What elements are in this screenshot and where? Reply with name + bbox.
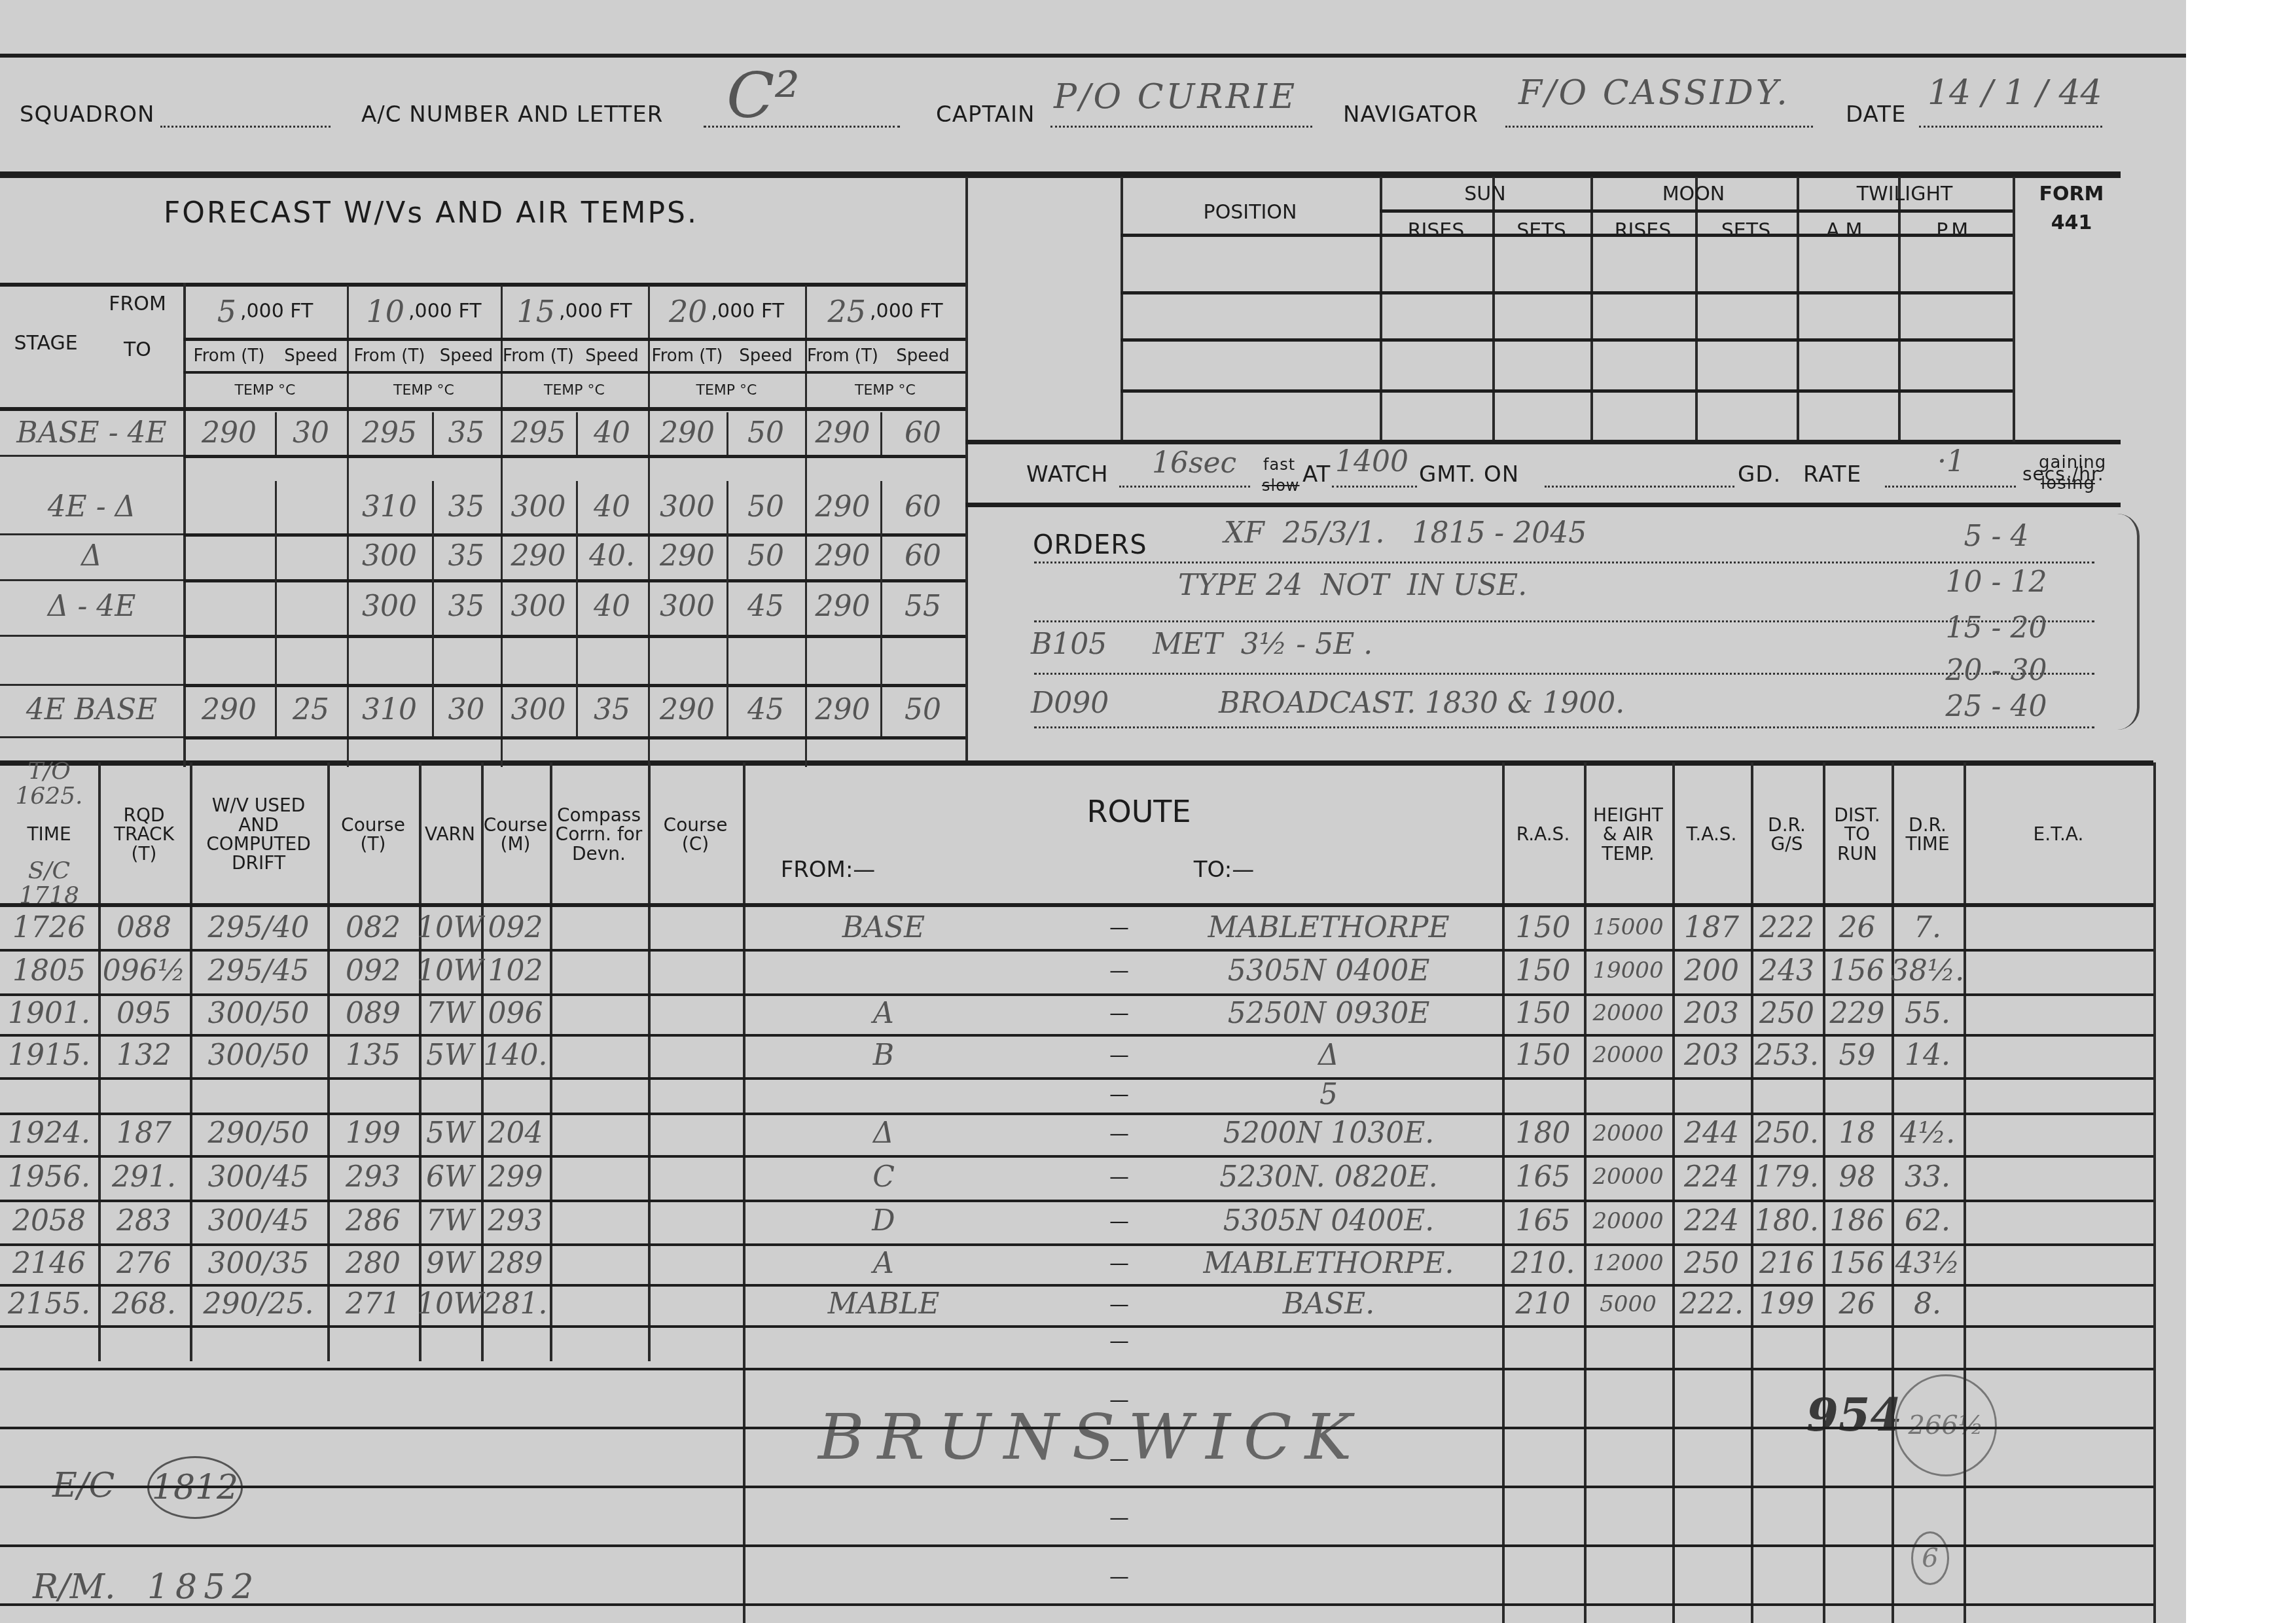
wind-speed-cell[interactable]: 55 (880, 579, 965, 635)
compass-corrn-cell[interactable] (550, 1113, 648, 1155)
course-t-cell[interactable]: 089 (327, 993, 419, 1034)
ras-cell[interactable] (1502, 1077, 1584, 1113)
varn-cell[interactable]: 5W (419, 1034, 481, 1077)
dr-gs-cell[interactable]: 199 (1751, 1284, 1823, 1325)
course-m-cell[interactable]: 299 (481, 1155, 550, 1200)
dist-to-run-cell[interactable]: 59 (1823, 1034, 1892, 1077)
wind-direction-cell[interactable]: 290 (648, 684, 726, 736)
time-cell[interactable]: 1924. (0, 1113, 98, 1155)
compass-corrn-cell[interactable] (550, 1155, 648, 1200)
eta-cell[interactable] (1964, 993, 2153, 1034)
eta-cell[interactable] (1964, 1155, 2153, 1200)
height-temp-cell[interactable]: 20000 (1584, 1200, 1672, 1243)
astro-cell[interactable] (1123, 393, 1380, 440)
course-t-cell[interactable]: 293 (327, 1155, 419, 1200)
route-from-cell[interactable]: B (785, 1034, 982, 1077)
rqd-track-cell[interactable]: 095 (98, 993, 190, 1034)
dist-to-run-cell[interactable]: 18 (1823, 1113, 1892, 1155)
height-value: 25 (828, 296, 867, 327)
wind-direction-cell[interactable] (183, 635, 275, 684)
wind-direction-cell[interactable]: 300 (501, 684, 576, 736)
stage-cell[interactable]: 4E - Δ (0, 481, 183, 533)
wind-direction-cell[interactable]: 300 (347, 579, 432, 635)
height-temp-cell[interactable]: 19000 (1584, 949, 1672, 993)
astro-cell[interactable] (1123, 237, 1380, 291)
route-from-cell[interactable]: MABLE (785, 1284, 982, 1325)
dr-gs-cell[interactable]: 250 (1751, 993, 1823, 1034)
wind-direction-cell[interactable]: 300 (648, 481, 726, 533)
dist-to-run-cell[interactable]: 26 (1823, 1284, 1892, 1325)
course-c-cell[interactable] (648, 1077, 743, 1113)
astro-cell[interactable] (1382, 237, 1492, 291)
course-m-cell[interactable]: 293 (481, 1200, 550, 1243)
wv-drift-cell[interactable] (190, 1077, 327, 1113)
wind-direction-cell[interactable]: 290 (805, 579, 880, 635)
stage-cell[interactable]: Δ - 4E (0, 579, 183, 635)
astro-cell[interactable] (1901, 342, 2013, 389)
astro-cell[interactable] (1698, 342, 1797, 389)
wind-speed-cell[interactable]: 50 (726, 533, 805, 579)
astro-cell[interactable] (1495, 237, 1590, 291)
course-m-cell[interactable] (481, 1077, 550, 1113)
varn-cell[interactable]: 6W (419, 1155, 481, 1200)
compass-corrn-cell[interactable] (550, 1243, 648, 1284)
dr-gs-cell[interactable]: 179. (1751, 1155, 1823, 1200)
ras-cell[interactable]: 150 (1502, 993, 1584, 1034)
tas-cell[interactable]: 224 (1672, 1200, 1751, 1243)
dr-time-cell[interactable] (1892, 1077, 1964, 1113)
wind-direction-cell[interactable]: 290 (805, 533, 880, 579)
wv-drift-cell[interactable]: 295/40 (190, 907, 327, 949)
dr-time-cell[interactable]: 8. (1892, 1284, 1964, 1325)
dist-to-run-cell[interactable]: 26 (1823, 907, 1892, 949)
ras-cell[interactable]: 165 (1502, 1155, 1584, 1200)
course-c-cell[interactable] (648, 907, 743, 949)
astro-cell[interactable] (1123, 342, 1380, 389)
ras-cell[interactable]: 180 (1502, 1113, 1584, 1155)
astro-cell[interactable] (1123, 294, 1380, 338)
speed-divider (432, 684, 434, 736)
wind-direction-cell[interactable] (648, 635, 726, 684)
eta-cell[interactable] (1964, 1034, 2153, 1077)
compass-corrn-cell[interactable] (550, 1077, 648, 1113)
route-to-cell[interactable]: 5200N 1030E. (1165, 1113, 1492, 1155)
course-m-cell[interactable]: 204 (481, 1113, 550, 1155)
dr-time-cell[interactable]: 4½. (1892, 1113, 1964, 1155)
dr-time-cell[interactable]: 7. (1892, 907, 1964, 949)
ras-cell[interactable]: 210. (1502, 1243, 1584, 1284)
height-temp-cell[interactable]: 20000 (1584, 1155, 1672, 1200)
course-c-cell[interactable] (648, 1113, 743, 1155)
varn-cell[interactable]: 9W (419, 1243, 481, 1284)
at-value: 1400 (1335, 445, 1408, 478)
wind-speed-cell[interactable]: 35 (432, 579, 501, 635)
route-dash: — (1106, 1034, 1132, 1077)
dr-time-cell[interactable]: 62. (1892, 1200, 1964, 1243)
astro-cell[interactable] (1593, 237, 1695, 291)
wind-speed-cell[interactable] (275, 635, 347, 684)
time-cell[interactable]: 1726 (0, 907, 98, 949)
compass-corrn-cell[interactable] (550, 1034, 648, 1077)
course-t-cell[interactable]: 082 (327, 907, 419, 949)
astro-cell[interactable] (1382, 393, 1492, 440)
dist-to-run-cell[interactable]: 229 (1823, 993, 1892, 1034)
height-temp-cell[interactable]: 20000 (1584, 1113, 1672, 1155)
astro-cell[interactable] (1901, 393, 2013, 440)
route-from-cell[interactable]: A (785, 993, 982, 1034)
course-t-cell[interactable]: 271 (327, 1284, 419, 1325)
wind-speed-cell[interactable] (880, 635, 965, 684)
course-t-cell[interactable]: 199 (327, 1113, 419, 1155)
route-to-cell[interactable]: MABLETHORPE. (1165, 1243, 1492, 1284)
height-temp-header: HEIGHT & AIR TEMP. (1584, 769, 1672, 900)
compass-corrn-cell[interactable] (550, 993, 648, 1034)
stage-cell[interactable]: BASE - 4E (0, 412, 183, 455)
dr-gs-cell[interactable]: 253. (1751, 1034, 1823, 1077)
course-t-cell[interactable]: 135 (327, 1034, 419, 1077)
gmt-on-label: GMT. ON (1419, 461, 1519, 488)
course-t-cell[interactable] (327, 1077, 419, 1113)
tas-cell[interactable]: 203 (1672, 993, 1751, 1034)
stage-cell[interactable] (0, 635, 183, 684)
dr-gs-cell[interactable] (1751, 1077, 1823, 1113)
varn-cell[interactable]: 10W (419, 949, 481, 993)
route-to-cell[interactable]: 5305N 0400E (1165, 949, 1492, 993)
wind-direction-cell[interactable]: 310 (347, 481, 432, 533)
astro-cell[interactable] (1901, 294, 2013, 338)
wind-direction-cell[interactable]: 290 (183, 684, 275, 736)
time-cell[interactable]: 2155. (0, 1284, 98, 1325)
on-date-field[interactable] (1545, 486, 1734, 488)
wind-speed-cell[interactable]: 30 (432, 684, 501, 736)
route-from-cell[interactable] (785, 949, 982, 993)
route-to-cell[interactable]: 5250N 0930E (1165, 993, 1492, 1034)
course-m-cell[interactable]: 281. (481, 1284, 550, 1325)
dr-time-cell[interactable]: 43½ (1892, 1243, 1964, 1284)
route-to-cell[interactable]: MABLETHORPE (1165, 907, 1492, 949)
time-cell[interactable] (0, 1077, 98, 1113)
height-temp-cell[interactable]: 5000 (1584, 1284, 1672, 1325)
wind-direction-cell[interactable]: 300 (501, 481, 576, 533)
rqd-track-cell[interactable]: 096½ (98, 949, 190, 993)
stage-cell[interactable]: 4E BASE (0, 684, 183, 736)
wind-speed-cell[interactable]: 50 (880, 684, 965, 736)
wind-direction-cell[interactable]: 295 (501, 412, 576, 455)
rqd-track-cell[interactable]: 283 (98, 1200, 190, 1243)
height-temp-cell[interactable]: 20000 (1584, 1034, 1672, 1077)
wv-drift-cell[interactable]: 300/50 (190, 1034, 327, 1077)
astro-cell[interactable] (1495, 342, 1590, 389)
route-from-cell[interactable]: A (785, 1243, 982, 1284)
tas-cell[interactable]: 200 (1672, 949, 1751, 993)
time-cell[interactable]: 2146 (0, 1243, 98, 1284)
wv-drift-cell[interactable]: 290/25. (190, 1284, 327, 1325)
astro-cell[interactable] (1698, 393, 1797, 440)
speed-divider (275, 635, 277, 684)
wind-direction-cell[interactable] (183, 579, 275, 635)
speed-divider (576, 635, 578, 684)
course-m-cell[interactable]: 102 (481, 949, 550, 993)
takeoff-note: T/O 1625. (0, 764, 98, 804)
course-c-cell[interactable] (648, 1243, 743, 1284)
wind-direction-cell[interactable]: 310 (347, 684, 432, 736)
wind-speed-cell[interactable]: 50 (726, 412, 805, 455)
wv-drift-header: W/V USED AND COMPUTED DRIFT (190, 785, 327, 883)
ras-cell[interactable]: 150 (1502, 949, 1584, 993)
speed-divider (880, 412, 882, 455)
dist-to-run-cell[interactable]: 156 (1823, 1243, 1892, 1284)
wind-speed-cell[interactable]: 40 (576, 481, 648, 533)
astro-cell[interactable] (1901, 237, 2013, 291)
wv-drift-cell[interactable]: 300/45 (190, 1200, 327, 1243)
wind-direction-cell[interactable]: 295 (347, 412, 432, 455)
wind-speed-cell[interactable]: 60 (880, 481, 965, 533)
wind-direction-cell[interactable] (805, 635, 880, 684)
course-c-cell[interactable] (648, 1155, 743, 1200)
wind-speed-cell[interactable]: 35 (576, 684, 648, 736)
wind-speed-cell[interactable]: 25 (275, 684, 347, 736)
route-to-cell[interactable]: Δ (1165, 1034, 1492, 1077)
varn-cell[interactable]: 7W (419, 993, 481, 1034)
route-to-cell[interactable]: 5230N. 0820E. (1165, 1155, 1492, 1200)
orders-line[interactable]: B105 MET 3½ - 5E . (1031, 622, 1882, 668)
route-from-cell[interactable]: BASE (785, 907, 982, 949)
astro-cell[interactable] (1593, 393, 1695, 440)
eta-cell[interactable] (1964, 949, 2153, 993)
eta-cell[interactable] (1964, 1284, 2153, 1325)
wind-direction-cell[interactable]: 300 (648, 579, 726, 635)
route-from-cell[interactable]: C (785, 1155, 982, 1200)
compass-corrn-cell[interactable] (550, 1284, 648, 1325)
route-to-cell[interactable]: 5305N 0400E. (1165, 1200, 1492, 1243)
eta-cell[interactable] (1964, 1200, 2153, 1243)
astro-cell[interactable] (1799, 342, 1898, 389)
wv-drift-cell[interactable]: 300/35 (190, 1243, 327, 1284)
astro-cell[interactable] (1698, 237, 1797, 291)
at-field[interactable] (1332, 486, 1417, 488)
course-c-cell[interactable] (648, 993, 743, 1034)
wind-speed-cell[interactable] (576, 635, 648, 684)
course-c-cell[interactable] (648, 949, 743, 993)
time-cell[interactable]: 2058 (0, 1200, 98, 1243)
astro-cell[interactable] (1799, 237, 1898, 291)
compass-corrn-cell[interactable] (550, 949, 648, 993)
course-t-cell[interactable]: 280 (327, 1243, 419, 1284)
course-m-cell[interactable]: 289 (481, 1243, 550, 1284)
route-dash: — (1106, 1499, 1132, 1538)
watch-field[interactable] (1119, 486, 1250, 488)
tas-cell[interactable] (1672, 1077, 1751, 1113)
wv-drift-cell[interactable]: 290/50 (190, 1113, 327, 1155)
dr-time-cell[interactable]: 55. (1892, 993, 1964, 1034)
route-from-cell[interactable] (785, 1077, 982, 1113)
date-field[interactable] (1919, 126, 2102, 128)
dr-gs-cell[interactable]: 243 (1751, 949, 1823, 993)
astro-cell[interactable] (1593, 294, 1695, 338)
dr-gs-cell[interactable]: 180. (1751, 1200, 1823, 1243)
wind-direction-cell[interactable] (347, 635, 432, 684)
time-cell[interactable]: 1915. (0, 1034, 98, 1077)
orders-line[interactable]: TYPE 24 NOT IN USE. (1178, 563, 2029, 609)
position-header: POSITION (1121, 190, 1380, 236)
tas-cell[interactable]: 244 (1672, 1113, 1751, 1155)
astro-cell[interactable] (1495, 294, 1590, 338)
route-from-cell[interactable]: Δ (785, 1113, 982, 1155)
tas-cell[interactable]: 250 (1672, 1243, 1751, 1284)
speed-divider (576, 533, 578, 579)
wind-speed-cell[interactable]: 45 (726, 684, 805, 736)
tas-cell[interactable]: 222. (1672, 1284, 1751, 1325)
wind-speed-cell[interactable]: 60 (880, 412, 965, 455)
time-cell[interactable]: 1956. (0, 1155, 98, 1200)
wind-direction-cell[interactable]: 290 (805, 481, 880, 533)
ras-cell[interactable]: 150 (1502, 1034, 1584, 1077)
course-t-cell[interactable]: 092 (327, 949, 419, 993)
log-row-rule (0, 1368, 743, 1370)
dr-time-cell[interactable]: 38½. (1892, 949, 1964, 993)
rqd-track-cell[interactable]: 291. (98, 1155, 190, 1200)
varn-cell[interactable]: 10W (419, 1284, 481, 1325)
varn-cell[interactable]: 10W (419, 907, 481, 949)
wind-direction-cell[interactable]: 290 (183, 412, 275, 455)
route-dash: — (1106, 1077, 1132, 1113)
rqd-track-cell[interactable] (98, 1077, 190, 1113)
dist-to-run-cell[interactable]: 98 (1823, 1155, 1892, 1200)
height-temp-cell[interactable]: 15000 (1584, 907, 1672, 949)
tas-cell[interactable]: 203 (1672, 1034, 1751, 1077)
dr-time-cell[interactable]: 14. (1892, 1034, 1964, 1077)
ras-cell[interactable]: 165 (1502, 1200, 1584, 1243)
height-temp-cell[interactable]: 12000 (1584, 1243, 1672, 1284)
wind-speed-cell[interactable] (432, 635, 501, 684)
wind-direction-cell[interactable] (183, 533, 275, 579)
route-to-cell[interactable]: 5 (1165, 1077, 1492, 1113)
astro-cell[interactable] (1799, 294, 1898, 338)
eta-cell[interactable] (1964, 907, 2153, 949)
rqd-track-cell[interactable]: 187 (98, 1113, 190, 1155)
orders-line[interactable]: D090 BROADCAST. 1830 & 1900. (1031, 681, 1882, 726)
wind-direction-cell[interactable]: 290 (501, 533, 576, 579)
speed-divider (576, 481, 578, 533)
compass-corrn-cell[interactable] (550, 907, 648, 949)
height-suffix: ,000 FT (711, 301, 784, 322)
wind-speed-cell[interactable]: 60 (880, 533, 965, 579)
wind-direction-cell[interactable]: 300 (347, 533, 432, 579)
tas-cell[interactable]: 187 (1672, 907, 1751, 949)
route-from-cell[interactable]: D (785, 1200, 982, 1243)
wind-speed-cell[interactable]: 45 (726, 579, 805, 635)
temp-header: TEMP °C (501, 374, 648, 407)
rate-field[interactable] (1885, 486, 2016, 488)
varn-cell[interactable]: 5W (419, 1113, 481, 1155)
wind-speed-cell[interactable] (275, 579, 347, 635)
moon-header: MOON (1590, 178, 1797, 211)
wind-direction-cell[interactable]: 290 (805, 684, 880, 736)
astro-cell[interactable] (1698, 294, 1797, 338)
route-to-cell[interactable]: BASE. (1165, 1284, 1492, 1325)
wind-direction-cell[interactable]: 290 (648, 533, 726, 579)
wind-speed-cell[interactable] (726, 635, 805, 684)
dr-gs-cell[interactable]: 216 (1751, 1243, 1823, 1284)
eta-cell[interactable] (1964, 1113, 2153, 1155)
wv-drift-cell[interactable]: 300/45 (190, 1155, 327, 1200)
course-m-cell[interactable]: 096 (481, 993, 550, 1034)
wind-speed-cell[interactable]: 40. (576, 533, 648, 579)
wind-speed-cell[interactable] (275, 533, 347, 579)
wind-direction-cell[interactable]: 290 (805, 412, 880, 455)
temp-rule (183, 371, 965, 374)
navigator-field[interactable] (1505, 126, 1813, 128)
astro-cell[interactable] (1382, 294, 1492, 338)
varn-cell[interactable] (419, 1077, 481, 1113)
dr-gs-cell[interactable]: 222 (1751, 907, 1823, 949)
wind-speed-cell[interactable]: 35 (432, 533, 501, 579)
speed-header: Speed (275, 340, 347, 373)
wind-speed-cell[interactable]: 40 (576, 579, 648, 635)
dist-to-run-cell[interactable]: 156 (1823, 949, 1892, 993)
time-cell[interactable]: 1901. (0, 993, 98, 1034)
rqd-track-cell[interactable]: 088 (98, 907, 190, 949)
wind-direction-cell[interactable] (501, 635, 576, 684)
rqd-track-cell[interactable]: 132 (98, 1034, 190, 1077)
wind-direction-cell[interactable] (183, 481, 275, 533)
eta-cell[interactable] (1964, 1243, 2153, 1284)
wind-speed-cell[interactable]: 35 (432, 412, 501, 455)
dr-gs-cell[interactable]: 250. (1751, 1113, 1823, 1155)
varn-cell[interactable]: 7W (419, 1200, 481, 1243)
course-m-cell[interactable]: 092 (481, 907, 550, 949)
dist-to-run-cell[interactable] (1823, 1077, 1892, 1113)
course-c-cell[interactable] (648, 1034, 743, 1077)
wv-drift-cell[interactable]: 295/45 (190, 949, 327, 993)
course-t-cell[interactable]: 286 (327, 1200, 419, 1243)
astro-cell[interactable] (1495, 393, 1590, 440)
wind-direction-cell[interactable]: 300 (501, 579, 576, 635)
course-m-cell[interactable]: 140. (481, 1034, 550, 1077)
course-c-cell[interactable] (648, 1284, 743, 1325)
wv-drift-cell[interactable]: 300/50 (190, 993, 327, 1034)
wind-speed-cell[interactable]: 40 (576, 412, 648, 455)
astro-cell[interactable] (1382, 342, 1492, 389)
wind-speed-cell[interactable] (275, 481, 347, 533)
dist-to-run-cell[interactable]: 186 (1823, 1200, 1892, 1243)
wind-speed-cell[interactable]: 50 (726, 481, 805, 533)
squadron-field[interactable] (160, 126, 331, 128)
stage-cell[interactable]: Δ (0, 533, 183, 579)
height-temp-cell[interactable] (1584, 1077, 1672, 1113)
wind-speed-cell[interactable]: 30 (275, 412, 347, 455)
wind-speed-cell[interactable]: 35 (432, 481, 501, 533)
rqd-track-cell[interactable]: 276 (98, 1243, 190, 1284)
course-c-cell[interactable] (648, 1200, 743, 1243)
captain-field[interactable] (1050, 126, 1312, 128)
temp-forecast-note: 10 - 12 (1937, 563, 2055, 602)
astro-cell[interactable] (1799, 393, 1898, 440)
dr-time-cell[interactable]: 33. (1892, 1155, 1964, 1200)
wind-direction-cell[interactable]: 290 (648, 412, 726, 455)
compass-corrn-cell[interactable] (550, 1200, 648, 1243)
time-cell[interactable]: 1805 (0, 949, 98, 993)
orders-label: ORDERS (1033, 530, 1147, 560)
astro-cell[interactable] (1593, 342, 1695, 389)
course-t-header: Course (T) (327, 785, 419, 883)
ras-cell[interactable]: 150 (1502, 907, 1584, 949)
rqd-track-cell[interactable]: 268. (98, 1284, 190, 1325)
tas-cell[interactable]: 224 (1672, 1155, 1751, 1200)
ras-cell[interactable]: 210 (1502, 1284, 1584, 1325)
eta-cell[interactable] (1964, 1077, 2153, 1113)
height-temp-cell[interactable]: 20000 (1584, 993, 1672, 1034)
